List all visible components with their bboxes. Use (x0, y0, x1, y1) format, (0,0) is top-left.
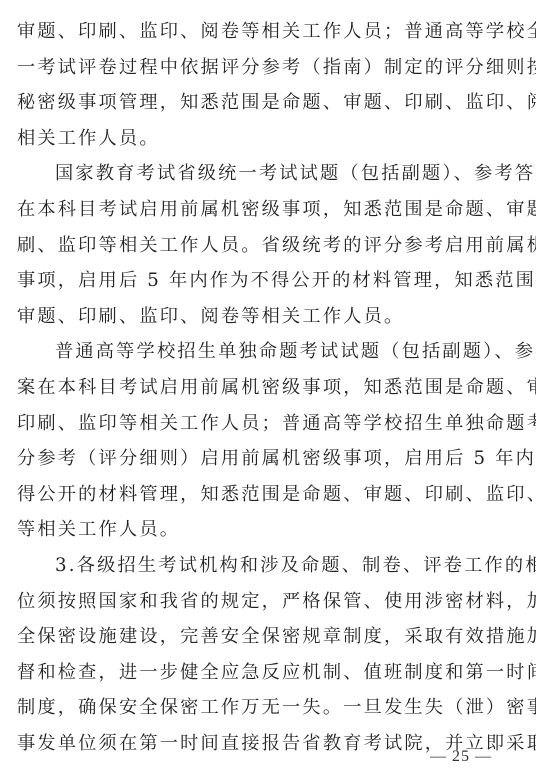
text-line: 一考试评卷过程中依据评分参考（指南）制定的评分细则按国家 (17, 50, 507, 86)
text-line: 分参考（评分细则）启用前属机密级事项，启用后 5 年内作为不 (17, 441, 507, 477)
paragraph-start-line: 国家教育考试省级统一考试试题（包括副题）、参考答案、 (17, 156, 507, 192)
text-line: 印刷、监印等相关工作人员；普通高等学校招生单独命题考试评 (17, 406, 507, 442)
text-line: 案在本科目考试启用前属机密级事项，知悉范围是命题、审题、 (17, 370, 507, 406)
text-line: 制度，确保安全保密工作万无一失。一旦发生失（泄）密事件， (17, 690, 507, 726)
text-line: 秘密级事项管理，知悉范围是命题、审题、印刷、监印、阅卷等 (17, 85, 507, 121)
paragraph-start-line: 普通高等学校招生单独命题考试试题（包括副题）、参考答 (17, 334, 507, 370)
text-line: 等相关工作人员。 (17, 512, 507, 548)
document-page: 审题、印刷、监印、阅卷等相关工作人员；普通高等学校全国统 一考试评卷过程中依据评… (17, 14, 507, 761)
text-line: 刷、监印等相关工作人员。省级统考的评分参考启用前属机密级 (17, 228, 507, 264)
text-line: 相关工作人员。 (17, 121, 507, 157)
text-line: 督和检查，进一步健全应急反应机制、值班制度和第一时间报告 (17, 655, 507, 691)
paragraph-start-line: 3.各级招生考试机构和涉及命题、制卷、评卷工作的相关单 (17, 548, 507, 584)
text-line: 位须按照国家和我省的规定，严格保管、使用涉密材料，加强安 (17, 584, 507, 620)
text-line: 事项，启用后 5 年内作为不得公开的材料管理，知悉范围是命题、 (17, 263, 507, 299)
page-number: — 25 — (430, 748, 492, 766)
text-line: 得公开的材料管理，知悉范围是命题、审题、印刷、监印、阅卷 (17, 477, 507, 513)
text-line: 审题、印刷、监印、阅卷等相关工作人员；普通高等学校全国统 (17, 14, 507, 50)
text-line: 审题、印刷、监印、阅卷等相关工作人员。 (17, 299, 507, 335)
text-line: 在本科目考试启用前属机密级事项，知悉范围是命题、审题、印 (17, 192, 507, 228)
text-line: 全保密设施建设，完善安全保密规章制度，采取有效措施加强监 (17, 619, 507, 655)
